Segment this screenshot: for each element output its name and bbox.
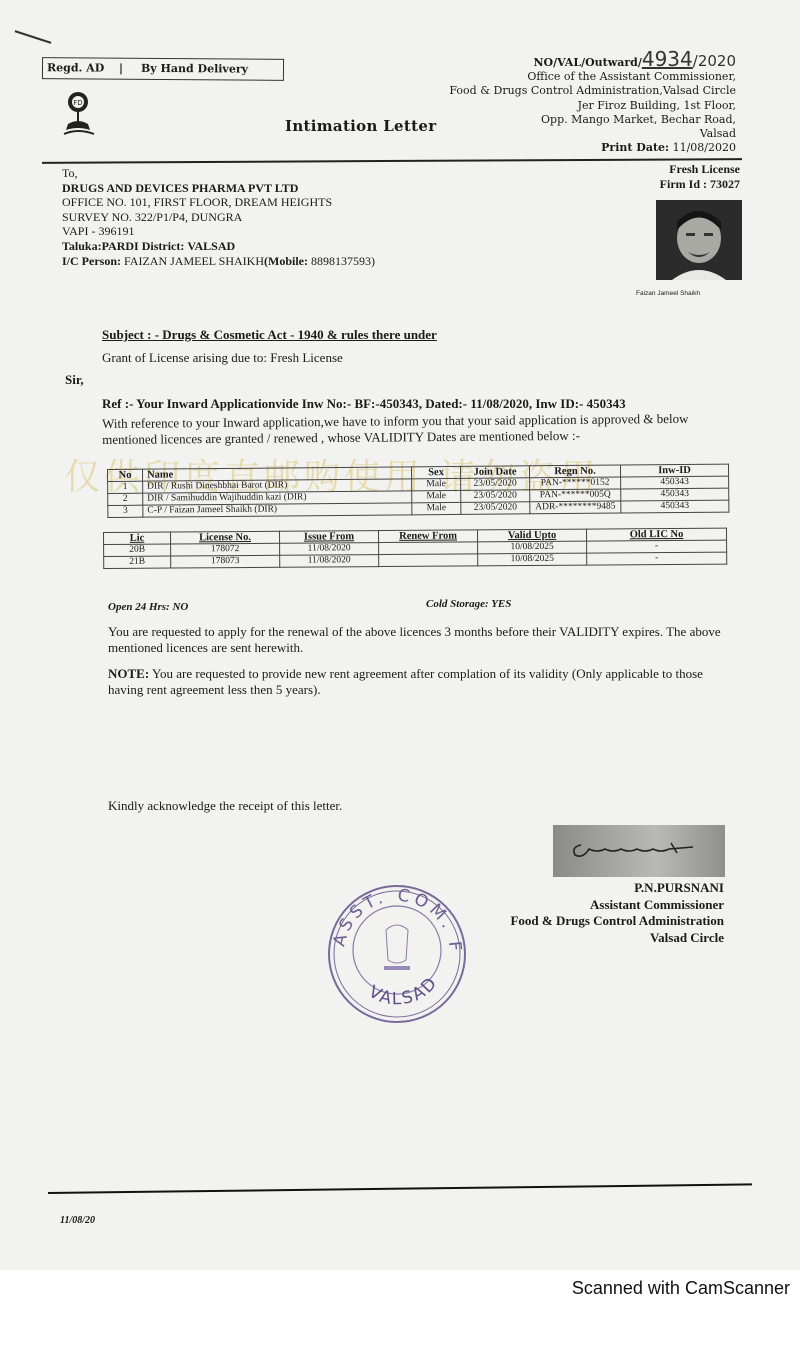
grant-line: Grant of License arising due to: Fresh L… (102, 350, 343, 366)
acknowledge-line: Kindly acknowledge the receipt of this l… (108, 798, 342, 814)
header-divider (42, 158, 742, 164)
table-cell: Male (412, 490, 461, 502)
address-line: SURVEY NO. 322/P1/P4, DUNGRA (62, 210, 375, 225)
table-cell: 450343 (621, 488, 729, 501)
firm-id: Firm Id : 73027 (660, 177, 740, 192)
camscanner-watermark: Scanned with CamScanner (572, 1278, 790, 1299)
table-cell: C-P / Faizan Jameel Shaikh (DIR) (143, 503, 412, 517)
page-title: Intimation Letter (285, 117, 436, 135)
salutation: Sir, (65, 372, 84, 388)
table-cell: PAN-******005Q (530, 489, 621, 502)
persons-table: No Name Sex Join Date Regn No. Inw-ID 1D… (107, 464, 729, 518)
table-cell: ADR-********9485 (530, 501, 621, 514)
table-cell: 23/05/2020 (461, 490, 530, 503)
table-cell: 10/08/2025 (478, 541, 587, 554)
table-cell: Male (412, 478, 461, 490)
to-label: To, (62, 166, 375, 181)
outward-number: NO/VAL/Outward/4934/2020 (449, 52, 736, 70)
table-cell: 450343 (621, 476, 729, 489)
address-line: VAPI - 396191 (62, 224, 375, 239)
applicant-photo (656, 200, 742, 280)
letter-page: Regd. AD | By Hand Delivery FD Intimatio… (0, 0, 800, 1371)
office-line: Jer Firoz Building, 1st Floor, (449, 99, 736, 113)
table-cell: - (587, 552, 727, 565)
intro-paragraph: With reference to your Inward applicatio… (102, 411, 732, 448)
delivery-separator: | (119, 62, 123, 75)
signatory-circle: Valsad Circle (510, 930, 724, 947)
svg-text:VALSAD: VALSAD (365, 973, 442, 1010)
renewal-paragraph: You are requested to apply for the renew… (108, 624, 738, 656)
office-line: Opp. Mango Market, Bechar Road, (449, 113, 736, 127)
signatory-block: P.N.PURSNANI Assistant Commissioner Food… (510, 880, 724, 946)
address-line: OFFICE NO. 101, FIRST FLOOR, DREAM HEIGH… (62, 195, 375, 210)
cold-storage: Cold Storage: YES (426, 598, 511, 610)
table-cell: 21B (104, 556, 171, 568)
delivery-regd-ad: Regd. AD (47, 61, 104, 74)
table-cell (379, 542, 478, 555)
fda-emblem-icon: FD (60, 90, 100, 150)
license-type-block: Fresh License Firm Id : 73027 (660, 162, 740, 192)
table-cell: 1 (108, 481, 143, 493)
note-paragraph: NOTE: You are requested to provide new r… (108, 666, 738, 698)
print-date: Print Date: 11/08/2020 (449, 141, 736, 155)
table-cell: 2 (108, 493, 143, 505)
footer-date: 11/08/20 (60, 1215, 95, 1226)
table-cell: 11/08/2020 (280, 543, 379, 556)
taluka-district: Taluka:PARDI District: VALSAD (62, 239, 375, 254)
table-cell: 11/08/2020 (280, 555, 379, 568)
delivery-by-hand: By Hand Delivery (141, 62, 248, 76)
office-line: Valsad (449, 127, 736, 141)
svg-text:ASST. COM. FDCA: ASST. COM. FDCA (326, 880, 465, 956)
open-24-hrs: Open 24 Hrs: NO (108, 601, 188, 613)
table-cell: - (587, 540, 727, 553)
license-type: Fresh License (660, 162, 740, 177)
ic-person: I/C Person: FAIZAN JAMEEL SHAIKH(Mobile:… (62, 254, 375, 269)
table-cell: Male (412, 502, 461, 514)
company-name: DRUGS AND DEVICES PHARMA PVT LTD (62, 181, 375, 196)
photo-caption: Faizan Jameel Shaikh (636, 290, 700, 297)
table-cell: 450343 (621, 500, 729, 513)
table-cell: PAN-******0152 (530, 477, 621, 490)
table-cell: 10/08/2025 (478, 553, 587, 566)
subject-line: Subject : - Drugs & Cosmetic Act - 1940 … (102, 327, 437, 343)
svg-text:FD: FD (73, 99, 82, 107)
recipient-address: To, DRUGS AND DEVICES PHARMA PVT LTD OFF… (62, 166, 375, 268)
table-cell: 178072 (171, 543, 280, 556)
pen-mark (15, 30, 52, 44)
table-cell: 23/05/2020 (461, 478, 530, 491)
signatory-designation: Assistant Commissioner (510, 897, 724, 914)
office-address-block: NO/VAL/Outward/4934/2020 Office of the A… (449, 52, 736, 155)
reference-line: Ref :- Your Inward Applicationvide Inw N… (102, 396, 626, 412)
table-cell: 20B (104, 544, 171, 556)
signatory-org: Food & Drugs Control Administration (510, 913, 724, 930)
license-table: Lic License No. Issue From Renew From Va… (103, 528, 727, 569)
office-line: Office of the Assistant Commissioner, (449, 70, 736, 84)
official-stamp-icon: ASST. COM. FDCA VALSAD (326, 880, 468, 1028)
delivery-mode-box: Regd. AD | By Hand Delivery (42, 57, 284, 81)
signatory-name: P.N.PURSNANI (510, 880, 724, 897)
table-cell: 3 (108, 505, 143, 517)
signature-image (553, 825, 725, 877)
office-line: Food & Drugs Control Administration,Vals… (449, 84, 736, 98)
table-cell: 178073 (171, 555, 280, 568)
table-cell: 23/05/2020 (461, 502, 530, 515)
table-cell (379, 554, 478, 567)
footer-divider (48, 1183, 752, 1194)
